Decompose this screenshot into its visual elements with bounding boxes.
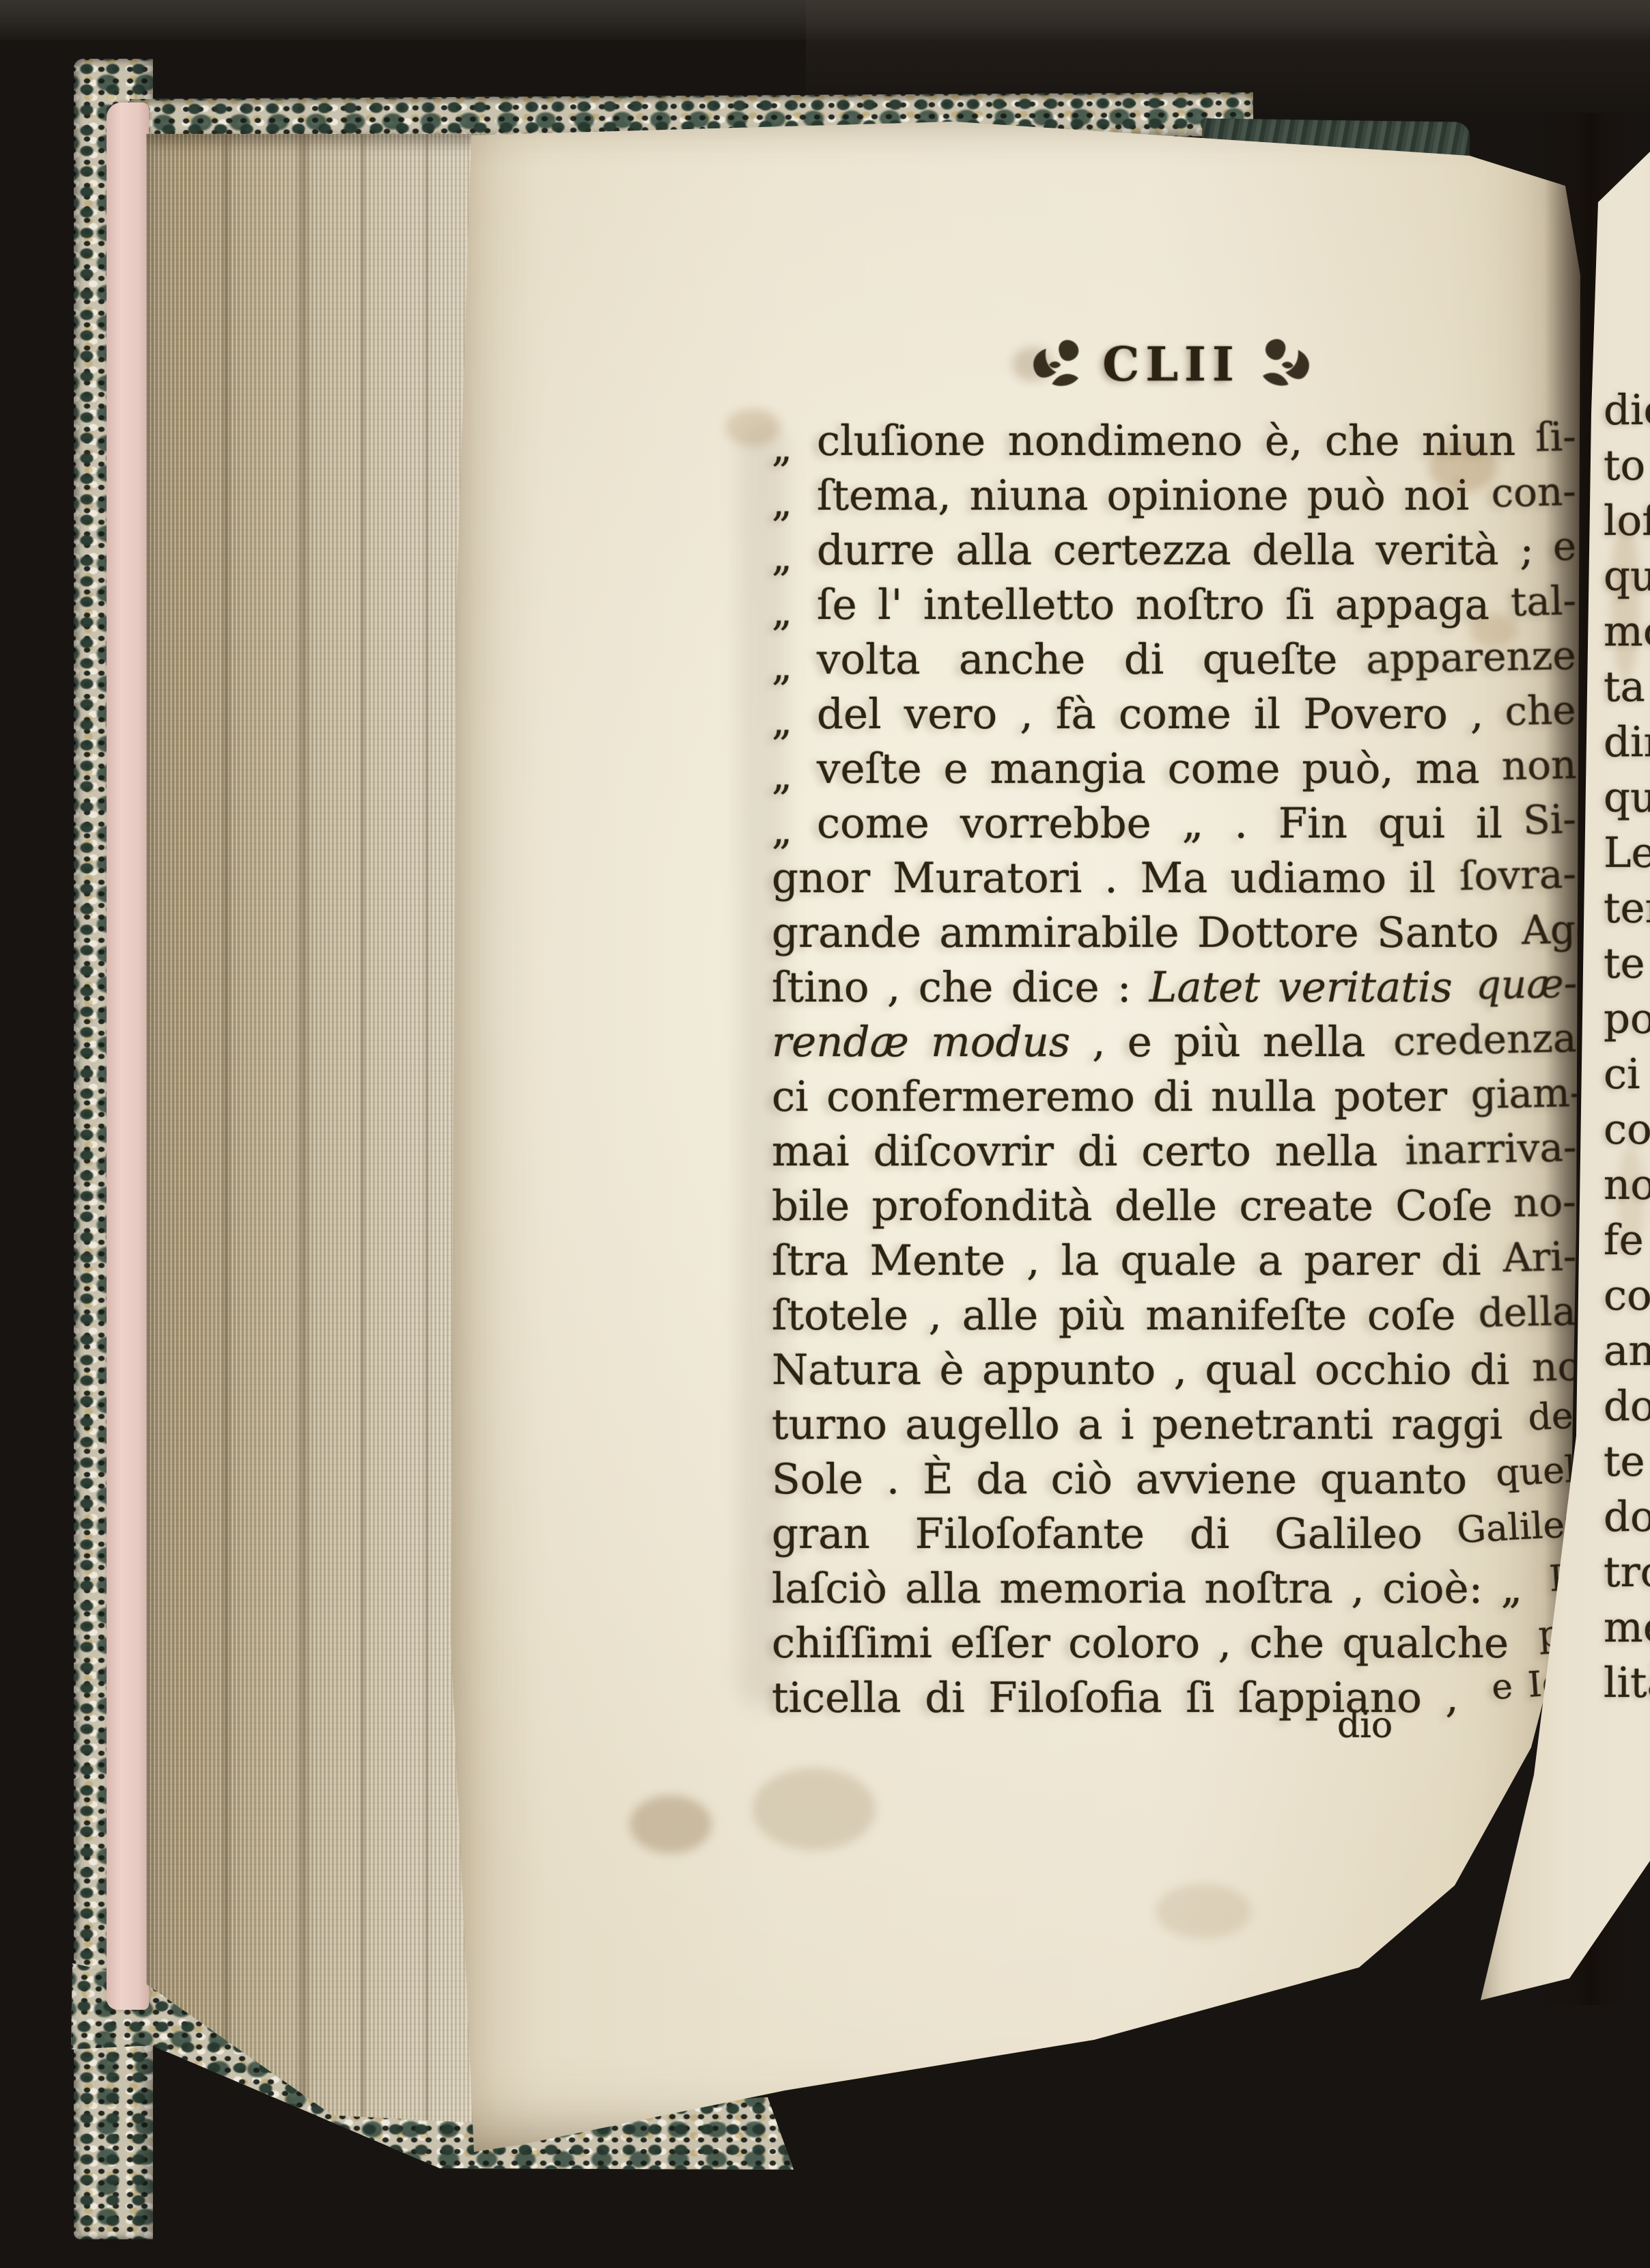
line-text: del vero , fà come il Povero , [817, 687, 1501, 742]
text-line: turno augello a i penetranti raggidel [772, 1398, 1576, 1452]
next-page-line-fragment: tro [1604, 1545, 1650, 1600]
page-number: CLII [1102, 342, 1240, 388]
text-line: ſtotele , alle più manifeſte coſedella [772, 1288, 1576, 1343]
next-page-line-fragment: te [1604, 1434, 1650, 1489]
next-page-line-fragment: ta [1604, 659, 1650, 715]
line-text-segment: volta anche di queſte [817, 635, 1337, 684]
line-text: bile profondità delle create Coſe [772, 1179, 1510, 1234]
line-text: veſte e mangia come può, ma [817, 742, 1498, 797]
line-text-segment: ci confermeremo di nulla poter [772, 1073, 1447, 1121]
line-text-segment: mai diſcovrir di certo nella [772, 1127, 1378, 1176]
fleuron-icon [1253, 335, 1317, 396]
next-page-text-fragments: dictoloſqumotadirquLetertepociconofecoan… [1604, 383, 1650, 1711]
text-line: laſciò alla memoria noſtra , cioè: „Po- [772, 1562, 1576, 1616]
line-text-segment: chiſſimi eſſer coloro , che qualche [772, 1619, 1509, 1668]
quote-mark: „ [772, 420, 817, 475]
fore-edge-streak [359, 134, 366, 2123]
line-text-segment: gnor Muratori . Ma udiamo il [772, 854, 1436, 902]
quote-mark: „ [772, 803, 817, 857]
line-text-segment: ſtema, niuna opinione può noi [817, 471, 1469, 520]
quote-mark: „ [772, 529, 817, 584]
fore-edge-streak [424, 134, 430, 2123]
line-text: grande ammirabile Dottore Santo [772, 906, 1517, 960]
text-line: mai diſcovrir di certo nellainarriva- [772, 1124, 1576, 1179]
line-text-segment: , e più nella [1070, 1018, 1365, 1066]
text-line: „del vero , fà come il Povero ,che [772, 687, 1576, 742]
line-text: come vorrebbe „ . Fin qui il [817, 797, 1520, 851]
line-text: gnor Muratori . Ma udiamo il [772, 851, 1453, 906]
line-text-segment: come vorrebbe „ . Fin qui il [817, 799, 1502, 848]
next-page-line-fragment: an [1604, 1323, 1650, 1379]
next-page-line-fragment: fe [1604, 1213, 1650, 1268]
next-page-line-fragment: dic [1604, 383, 1650, 438]
text-line: „ſtema, niuna opinione può noicon- [772, 469, 1576, 523]
line-text-segment: cluſione nondimeno è, che niun [817, 417, 1515, 465]
fore-edge-streak [221, 134, 232, 2123]
next-page-line-fragment: dir [1604, 715, 1650, 770]
next-page-line-fragment: do [1604, 1489, 1650, 1545]
next-page-line-fragment: qu [1604, 770, 1650, 825]
line-text: volta anche di queſte [817, 633, 1355, 687]
line-text-segment: veſte e mangia come può, ma [817, 745, 1480, 793]
fore-edge-streak [295, 134, 311, 2123]
next-page-line-fragment: to [1604, 438, 1650, 493]
text-line: Sole . È da ciò avviene quantoquel [772, 1452, 1576, 1507]
text-line: „veſte e mangia come può, manon [772, 742, 1576, 797]
line-text: Natura è appunto , qual occhio di [772, 1343, 1528, 1398]
foxing-stain [753, 1768, 876, 1850]
line-text: ſe l' intelletto noſtro ſi appaga [817, 578, 1507, 633]
line-text-segment: Sole . È da ciò avviene quanto [772, 1455, 1467, 1504]
line-text: gran Filoſofante di Galileo [772, 1507, 1440, 1562]
next-page-line-fragment: ci [1604, 1047, 1650, 1102]
next-page-line-fragment: lità [1604, 1655, 1650, 1711]
next-page-line-fragment: ter [1604, 881, 1650, 936]
flyleaf-pink-endpaper [107, 102, 149, 2010]
text-line: gnor Muratori . Ma udiamo ilſovra- [772, 851, 1576, 906]
text-line: ci confermeremo di nulla potergiam- [772, 1070, 1576, 1124]
page-block-fore-edge [146, 134, 485, 2123]
line-text-segment: laſciò alla memoria noſtra , cioè: „ [772, 1564, 1522, 1613]
next-page-line-fragment: loſ [1604, 493, 1650, 549]
text-line: „volta anche di queſteapparenze [772, 633, 1576, 687]
line-text: cluſione nondimeno è, che niun [817, 414, 1533, 469]
line-text: durre alla certezza della verità ; [817, 523, 1552, 578]
text-line: „cluſione nondimeno è, che niunſi- [772, 414, 1576, 469]
line-text: chiſſimi eſſer coloro , che qualche [772, 1616, 1526, 1671]
line-text-segment: ſtino , che dice : [772, 963, 1149, 1012]
text-line: rendæ modus , e più nellacredenza [772, 1015, 1576, 1070]
book-page-recto: CLII „cluſione nondimeno è, che niunſi-„… [445, 108, 1584, 2157]
next-page-line-fragment: te [1604, 936, 1650, 991]
text-column: „cluſione nondimeno è, che niunſi-„ſtema… [772, 414, 1576, 1726]
foxing-stain [630, 1795, 712, 1853]
line-text: turno augello a i penetranti raggi [772, 1398, 1520, 1452]
next-page-line-fragment: no [1604, 1157, 1650, 1213]
line-text: laſciò alla memoria noſtra , cioè: „ [772, 1562, 1540, 1616]
text-line: Natura è appunto , qual occhio dinot- [772, 1343, 1576, 1398]
line-text: mai diſcovrir di certo nella [772, 1124, 1396, 1179]
line-text-segment: turno augello a i penetranti raggi [772, 1400, 1502, 1449]
next-page-line-fragment: po [1604, 991, 1650, 1047]
line-text-segment: durre alla certezza della verità ; [817, 526, 1534, 575]
text-line: „ſe l' intelletto noſtro ſi appagatal- [772, 578, 1576, 633]
line-text: Sole . È da ciò avviene quanto [772, 1452, 1485, 1507]
line-text: ci confermeremo di nulla poter [772, 1070, 1465, 1124]
catchword: dio [1337, 1705, 1393, 1746]
line-text-italic: Latet veritatis [1149, 963, 1453, 1012]
text-line: gran Filoſofante di GalileoGalilei [772, 1507, 1576, 1562]
next-page-line-fragment: me [1604, 1600, 1650, 1655]
text-line: ſtra Mente , la quale a parer diAri- [772, 1234, 1576, 1288]
quote-mark: „ [772, 639, 817, 693]
line-text-segment: bile profondità delle create Coſe [772, 1182, 1492, 1230]
text-line: ſtino , che dice : Latet veritatisquæ- [772, 960, 1576, 1015]
line-text-segment: ſtotele , alle più manifeſte coſe [772, 1291, 1455, 1340]
line-text-segment: ſe l' intelletto noſtro ſi appaga [817, 581, 1490, 629]
next-page-line-fragment: co [1604, 1102, 1650, 1157]
line-text-segment: Natura è appunto , qual occhio di [772, 1346, 1510, 1394]
page-header: CLII [1022, 333, 1320, 396]
line-text: rendæ modus , e più nella [772, 1015, 1384, 1070]
text-line: grande ammirabile Dottore SantoAgo- [772, 906, 1576, 960]
text-line: „come vorrebbe „ . Fin qui ilSi- [772, 797, 1576, 851]
line-text: ſtotele , alle più manifeſte coſe [772, 1288, 1473, 1343]
text-line: ticella di Filoſofia ſi ſappiano ,e Id- [772, 1671, 1576, 1726]
line-text-segment: gran Filoſofante di Galileo [772, 1510, 1423, 1558]
quote-mark: „ [772, 584, 817, 639]
next-page-line-fragment: mo [1604, 604, 1650, 659]
next-page-line-fragment: co [1604, 1268, 1650, 1323]
quote-mark: „ [772, 693, 817, 748]
next-page-line-fragment: qu [1604, 549, 1650, 604]
line-text-italic: rendæ modus [772, 1018, 1070, 1066]
line-text-segment: grande ammirabile Dottore Santo [772, 909, 1499, 957]
fleuron-icon [1029, 337, 1087, 392]
line-text: ſtra Mente , la quale a parer di [772, 1234, 1499, 1288]
foxing-stain [1156, 1884, 1251, 1939]
text-line: bile profondità delle create Coſeno- [772, 1179, 1576, 1234]
line-text-segment: del vero , fà come il Povero , [817, 690, 1483, 738]
line-text: ſtino , che dice : Latet veritatis [772, 960, 1470, 1015]
quote-mark: „ [772, 748, 817, 803]
line-text: ſtema, niuna opinione può noi [817, 469, 1487, 523]
text-line: chiſſimi eſſer coloro , che qualchepar- [772, 1616, 1576, 1671]
text-line: „durre alla certezza della verità ;e [772, 523, 1576, 578]
quote-mark: „ [772, 475, 817, 529]
next-page-line-fragment: Le [1604, 825, 1650, 881]
next-page-line-fragment: do [1604, 1379, 1650, 1434]
line-text-segment: ſtra Mente , la quale a parer di [772, 1236, 1481, 1285]
